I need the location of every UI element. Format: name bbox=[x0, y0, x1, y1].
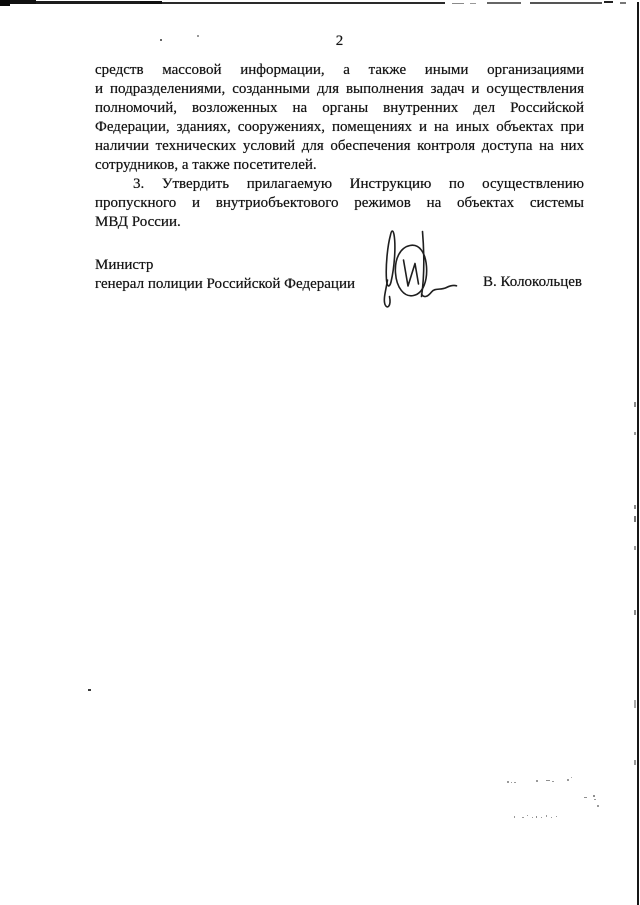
scan-artifact-right-edge bbox=[637, 2, 639, 905]
scan-speck bbox=[552, 781, 554, 782]
scan-speck bbox=[594, 799, 596, 800]
document-body: средств массовой информации, а также ины… bbox=[95, 61, 584, 232]
scan-artifact-top-edge bbox=[452, 3, 464, 4]
signer-title-line2: генерал полиции Российской Федерации bbox=[95, 275, 355, 294]
scan-speck bbox=[507, 781, 509, 783]
body-text-line: средств массовой информации, а также ины… bbox=[95, 61, 584, 80]
scan-speck bbox=[546, 815, 547, 817]
scan-speck bbox=[88, 689, 91, 691]
signer-title-line1: Министр bbox=[95, 256, 355, 275]
signature-block-titles: Министр генерал полиции Российской Федер… bbox=[95, 256, 355, 294]
scan-artifact-top-edge bbox=[470, 3, 476, 4]
scan-artifact-top-edge bbox=[10, 0, 36, 4]
scan-speck bbox=[584, 797, 587, 798]
handwritten-signature-icon bbox=[374, 224, 469, 319]
scan-speck bbox=[541, 817, 543, 818]
scan-artifact-right-tick bbox=[634, 546, 636, 550]
body-text-line: полномочий, возложенных на органы внутре… bbox=[95, 99, 584, 118]
scan-speck bbox=[536, 816, 537, 818]
body-text-line: сотрудников, а также посетителей. bbox=[95, 156, 584, 175]
scan-artifact-right-tick bbox=[634, 402, 636, 407]
scan-artifact-top-edge bbox=[604, 1, 613, 4]
body-text-line: 3. Утвердить прилагаемую Инструкцию по о… bbox=[95, 175, 584, 194]
scan-speck bbox=[546, 780, 550, 781]
body-text-line: Федерации, зданиях, сооружениях, помещен… bbox=[95, 118, 584, 137]
scan-artifact-right-tick bbox=[634, 432, 636, 435]
scan-speck bbox=[556, 816, 557, 817]
scan-speck bbox=[571, 777, 572, 778]
scan-artifact-top-edge bbox=[36, 1, 140, 4]
scan-speck bbox=[511, 782, 513, 784]
scan-speck bbox=[536, 780, 538, 782]
scan-artifact-top-edge bbox=[140, 1, 162, 5]
scan-artifact-right-tick bbox=[634, 610, 636, 615]
signer-name: В. Колокольцев bbox=[483, 274, 582, 291]
scan-artifact-top-edge bbox=[620, 2, 626, 4]
scan-speck bbox=[567, 779, 569, 781]
scan-artifact-right-tick bbox=[634, 505, 636, 509]
page-number: 2 bbox=[95, 33, 584, 50]
scan-speck bbox=[514, 782, 516, 783]
scan-speck bbox=[522, 817, 524, 818]
scan-speck bbox=[551, 817, 553, 818]
scan-artifact-right-tick bbox=[634, 516, 636, 522]
scan-speck bbox=[514, 816, 515, 819]
scan-speck bbox=[532, 817, 534, 818]
scan-artifact-right-tick bbox=[634, 700, 636, 708]
scan-speck bbox=[597, 805, 599, 807]
scan-artifact-top-edge bbox=[530, 2, 602, 4]
scan-artifact-top-edge bbox=[487, 2, 521, 4]
scan-speck bbox=[527, 815, 528, 816]
body-text-line: наличии технических условий для обеспече… bbox=[95, 137, 584, 156]
scan-artifact-top-edge bbox=[0, 0, 10, 6]
body-text-line: и подразделениями, созданными для выполн… bbox=[95, 80, 584, 99]
body-text-line: пропускного и внутриобъектового режимов … bbox=[95, 194, 584, 213]
scan-speck bbox=[593, 795, 595, 797]
scan-artifact-right-tick bbox=[634, 760, 636, 765]
scan-artifact-top-edge bbox=[162, 2, 445, 4]
body-text-line: МВД России. bbox=[95, 213, 584, 232]
